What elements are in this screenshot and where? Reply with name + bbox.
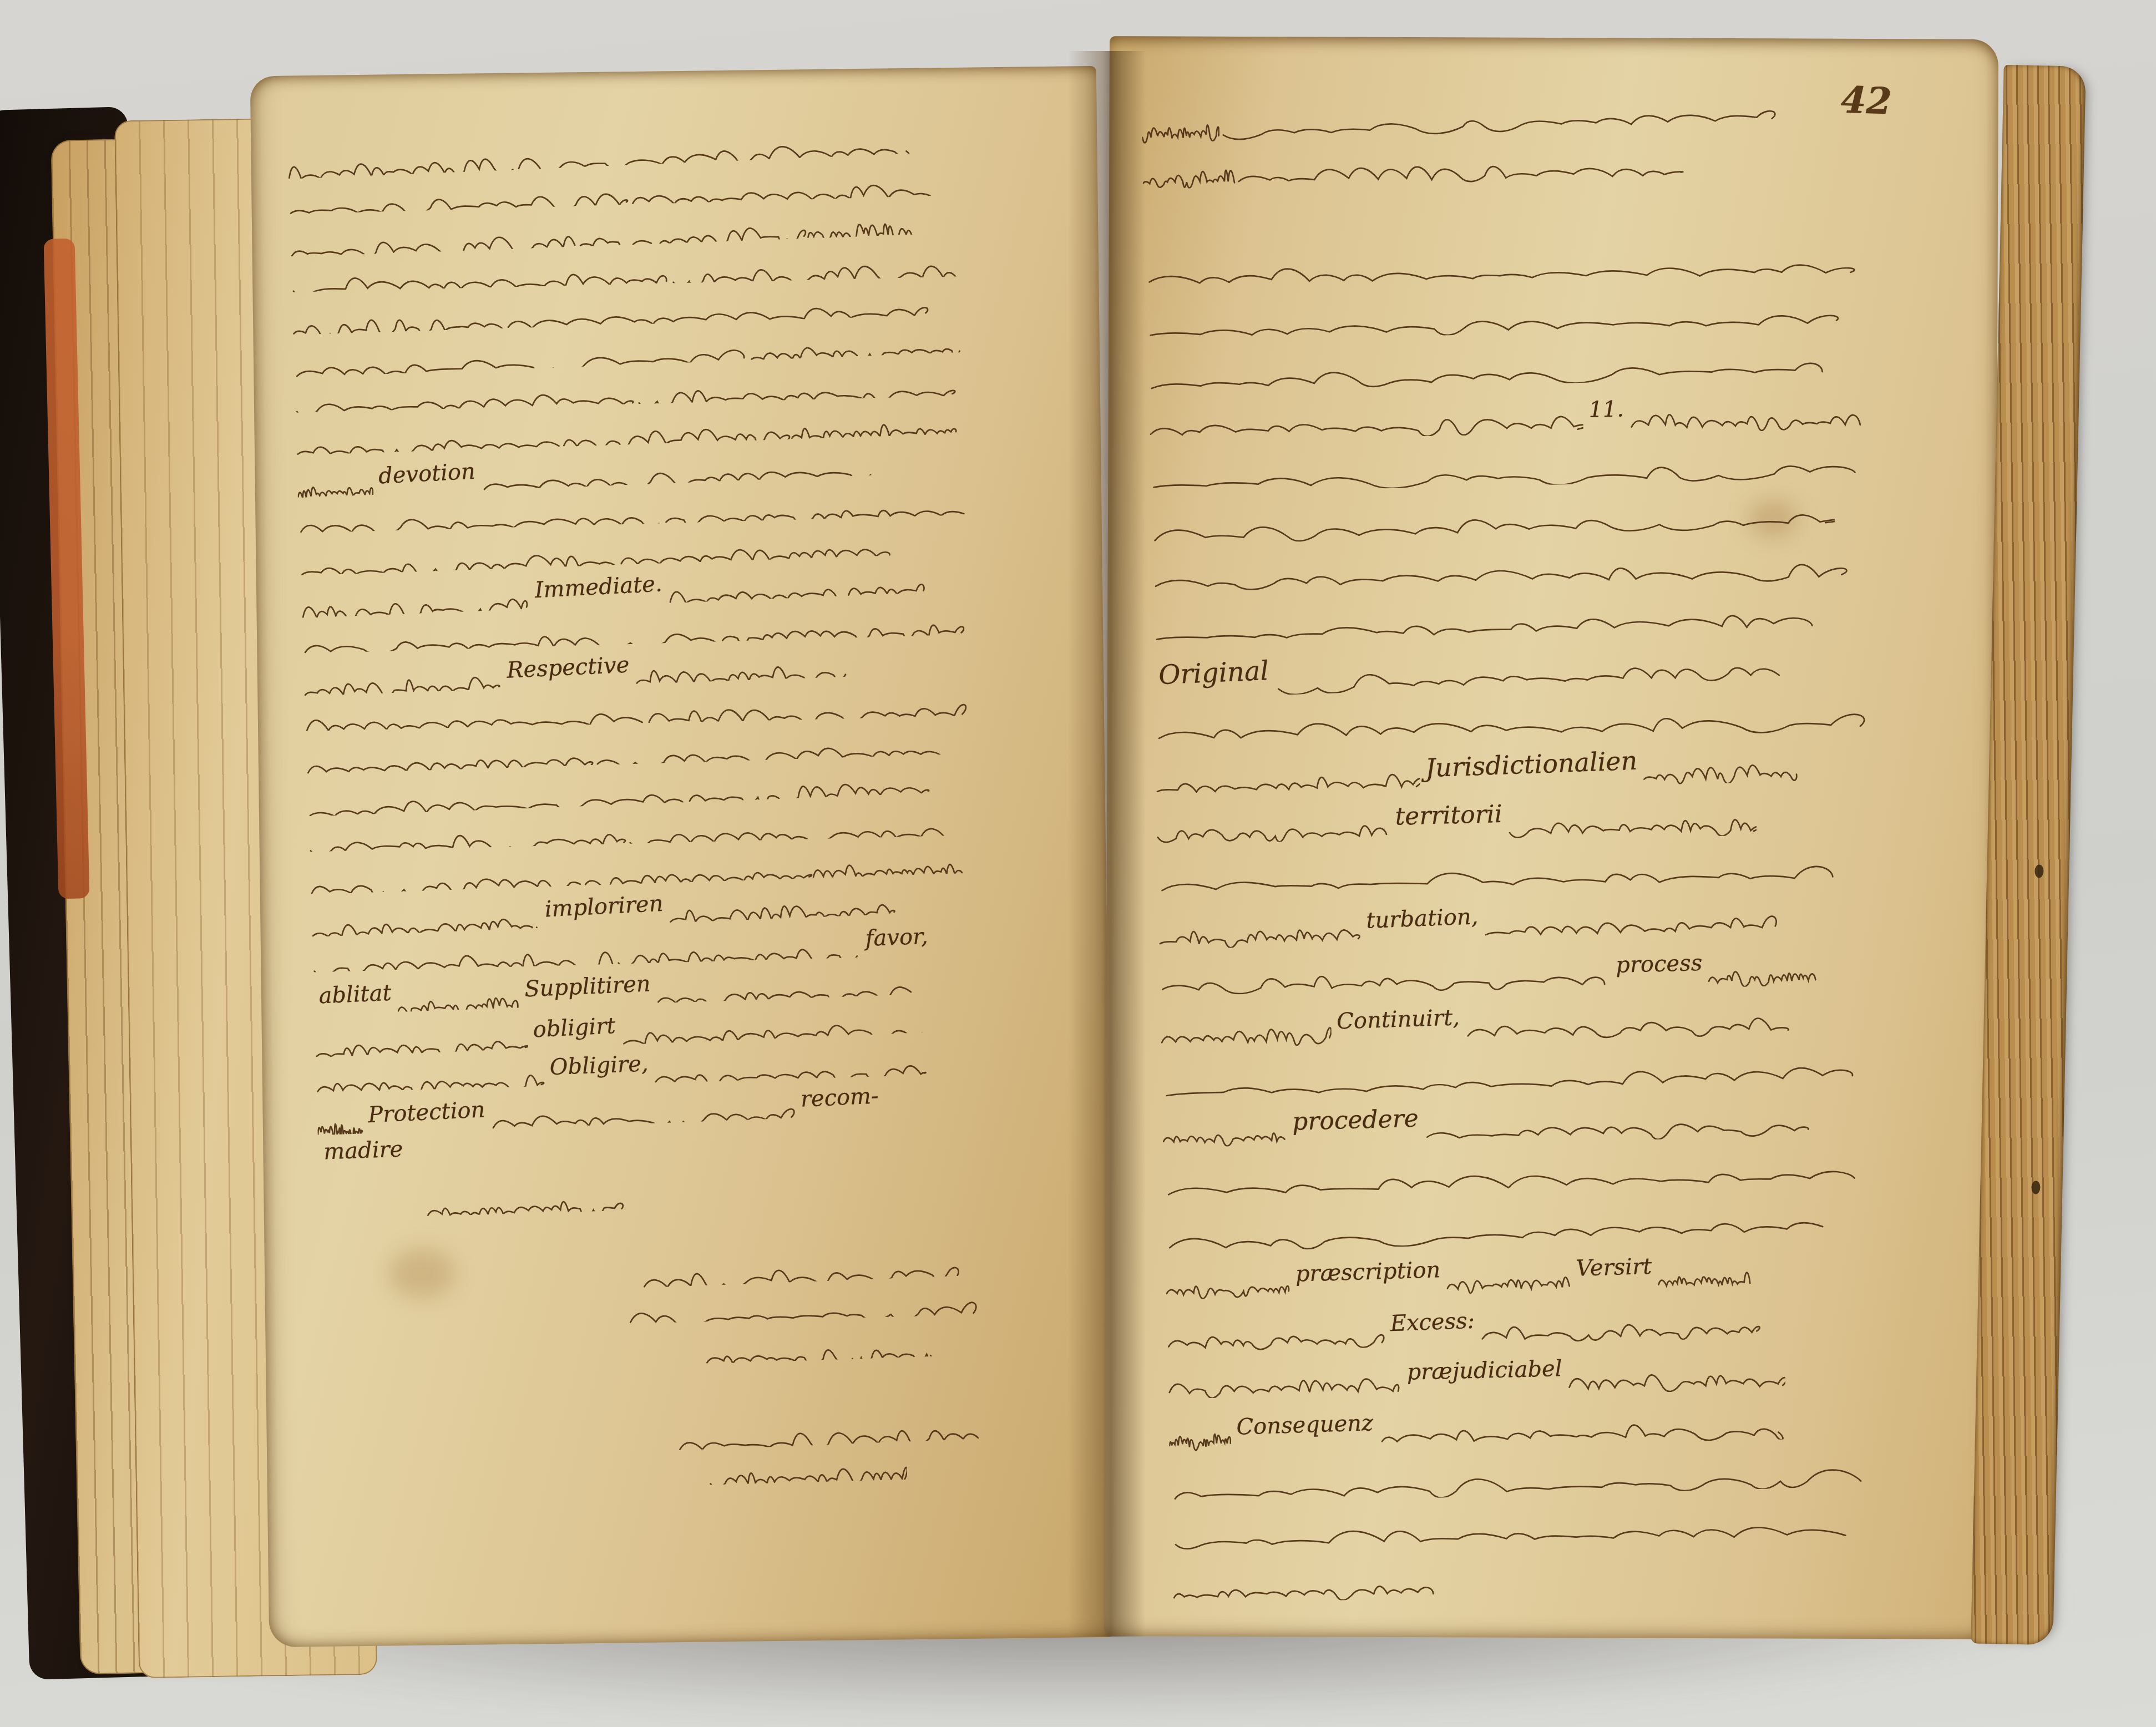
handwriting-stroke <box>654 1055 928 1063</box>
handwriting-stroke <box>300 545 619 556</box>
photo-of-open-manuscript-book: devotionImmediate.Respectiveimplorirenfa… <box>0 0 2156 1727</box>
legible-word: Protection <box>362 1097 492 1128</box>
handwriting-stroke <box>1152 605 1820 620</box>
handwriting-stroke <box>641 1256 961 1268</box>
handwriting-stroke <box>1170 1461 1870 1480</box>
legible-word: 11. <box>1583 396 1630 423</box>
handwriting-stroke <box>288 185 630 195</box>
handwriting-stroke <box>1424 1112 1813 1118</box>
handwriting-stroke <box>1167 1322 1384 1328</box>
handwriting-stroke <box>294 384 636 393</box>
handwriting-stroke <box>1465 1010 1792 1017</box>
legible-word: Obligire, <box>543 1051 654 1081</box>
legible-word: ablitat <box>313 980 398 1009</box>
handwriting-stroke <box>1157 858 1842 872</box>
legible-word: territorii <box>1389 800 1508 831</box>
handwriting-stroke <box>304 703 646 712</box>
handwriting-stroke <box>627 1295 978 1304</box>
handwriting-stroke <box>1480 1313 1760 1320</box>
handwriting-stroke <box>308 824 627 832</box>
handwriting-stroke <box>311 908 539 917</box>
handwriting-stroke <box>621 1012 925 1025</box>
legible-word: præscription <box>1289 1257 1446 1287</box>
handwriting-stroke <box>505 295 931 308</box>
handwriting-stroke <box>667 573 926 583</box>
legible-word: obligirt <box>527 1012 622 1043</box>
legible-word: procedere <box>1287 1104 1425 1136</box>
left-page-handwriting: devotionImmediate.Respectiveimplorirenfa… <box>286 112 1094 1638</box>
legible-word: turbation, <box>1360 903 1484 933</box>
handwriting-stroke <box>1151 555 1851 567</box>
handwriting-stroke <box>316 1066 544 1073</box>
handwriting-stroke <box>301 589 529 599</box>
handwriting-stroke <box>790 414 958 419</box>
handwriting-stroke <box>315 1029 528 1037</box>
handwriting-stroke <box>1171 1515 1855 1525</box>
handwriting-stroke <box>1161 1056 1861 1076</box>
handwriting-stroke <box>1148 453 1864 468</box>
handwriting-stroke <box>656 974 914 983</box>
handwriting-stroke <box>619 535 893 545</box>
handwriting-stroke <box>298 503 663 513</box>
handwriting-stroke <box>296 427 562 435</box>
folio-number: 42 <box>1840 78 1893 123</box>
handwriting-stroke <box>1172 1573 1436 1578</box>
handwriting-stroke <box>1147 351 1831 369</box>
legible-word: Continuirt, <box>1331 1004 1466 1034</box>
handwriting-stroke <box>579 219 807 227</box>
handwriting-stroke <box>490 1098 794 1109</box>
right-page-handwriting: 11.OriginalJurisdictionalienterritoriitu… <box>1141 73 1951 1632</box>
handwriting-stroke <box>291 264 671 272</box>
handwriting-stroke <box>671 256 960 263</box>
legible-word: Excess: <box>1384 1308 1480 1336</box>
handwriting-stroke <box>812 853 964 858</box>
handwriting-stroke <box>705 1336 933 1344</box>
handwriting-stroke <box>627 816 947 824</box>
handwriting-stroke <box>302 621 720 634</box>
handwriting-stroke <box>750 332 963 340</box>
fore-edge-speck <box>2034 864 2043 878</box>
handwriting-stroke <box>1145 254 1860 263</box>
legible-word: madire <box>318 1136 409 1165</box>
handwriting-stroke <box>807 215 913 219</box>
handwriting-stroke <box>1168 1370 1401 1374</box>
handwriting-stroke <box>583 858 811 865</box>
handwriting-stroke <box>1567 1365 1785 1368</box>
legible-word: Consequenz <box>1231 1410 1379 1440</box>
handwriting-stroke <box>293 340 750 357</box>
handwriting-stroke <box>306 745 595 754</box>
handwriting-stroke <box>1629 404 1863 408</box>
handwriting-stroke <box>317 1113 362 1115</box>
handwriting-stroke <box>1274 654 1788 670</box>
handwriting-stroke <box>515 134 910 150</box>
handwriting-stroke <box>292 308 505 315</box>
handwriting-stroke <box>303 669 500 676</box>
handwriting-stroke <box>1163 1159 1863 1176</box>
handwriting-stroke <box>1507 811 1757 814</box>
handwriting-stroke <box>595 735 945 745</box>
handwriting-stroke <box>1147 408 1583 415</box>
handwriting-stroke <box>1154 706 1870 720</box>
handwriting-stroke <box>562 419 790 427</box>
handwriting-stroke <box>1142 163 1236 164</box>
handwriting-stroke <box>397 988 518 992</box>
legible-word: Jurisdictionalien <box>1419 745 1643 783</box>
handwriting-stroke <box>1158 919 1360 925</box>
handwriting-stroke <box>307 782 687 797</box>
handwriting-stroke <box>669 894 897 903</box>
handwriting-stroke <box>630 176 935 185</box>
legible-word: Immediate. <box>528 571 668 604</box>
handwriting-stroke <box>1643 756 1798 760</box>
handwriting-stroke <box>1150 502 1834 521</box>
handwriting-stroke <box>312 944 616 953</box>
handwriting-stroke <box>1156 815 1390 818</box>
handwriting-stroke <box>1146 302 1846 316</box>
handwriting-stroke <box>1162 1120 1287 1122</box>
legible-word: præjudiciabel <box>1401 1355 1568 1385</box>
handwriting-stroke <box>1155 766 1420 772</box>
handwriting-stroke <box>287 150 515 159</box>
handwriting-stroke <box>1141 116 1219 118</box>
handwriting-stroke <box>616 938 860 944</box>
handwriting-stroke <box>290 226 579 237</box>
handwriting-stroke <box>1160 1020 1331 1024</box>
handwriting-stroke <box>1446 1267 1571 1269</box>
handwriting-stroke <box>720 615 964 622</box>
legible-word: Versirt <box>1570 1253 1658 1281</box>
handwriting-stroke <box>1657 1264 1750 1265</box>
legible-word: Original <box>1152 655 1275 691</box>
handwriting-stroke <box>677 1419 981 1431</box>
handwriting-stroke <box>1236 154 1687 163</box>
handwriting-stroke <box>1165 1208 1833 1229</box>
legible-word: favor, <box>859 924 934 952</box>
handwriting-stroke <box>297 475 373 478</box>
handwriting-stroke <box>647 696 966 703</box>
legible-word: process <box>1610 950 1708 978</box>
fore-edge-speck <box>2031 1181 2040 1194</box>
handwriting-stroke <box>426 1191 624 1197</box>
handwriting-stroke <box>708 1460 907 1465</box>
handwriting-stroke <box>1484 908 1779 915</box>
handwriting-stroke <box>1159 964 1610 970</box>
handwriting-stroke <box>1219 99 1779 116</box>
handwriting-stroke <box>481 455 877 470</box>
handwriting-stroke <box>1708 960 1816 962</box>
legible-word: devotion <box>372 458 482 489</box>
handwriting-stroke <box>1166 1272 1290 1274</box>
handwriting-stroke <box>637 376 956 384</box>
handwriting-stroke <box>1379 1414 1783 1422</box>
legible-word: Respective <box>500 652 635 683</box>
legible-word: Supplitiren <box>518 971 656 1002</box>
handwriting-stroke <box>663 495 968 503</box>
handwriting-stroke <box>310 865 584 874</box>
legible-word: imploriren <box>538 890 669 923</box>
handwriting-stroke <box>687 773 931 782</box>
handwriting-stroke <box>635 657 848 665</box>
legible-word: recom- <box>794 1083 885 1112</box>
handwriting-stroke <box>1169 1425 1231 1426</box>
